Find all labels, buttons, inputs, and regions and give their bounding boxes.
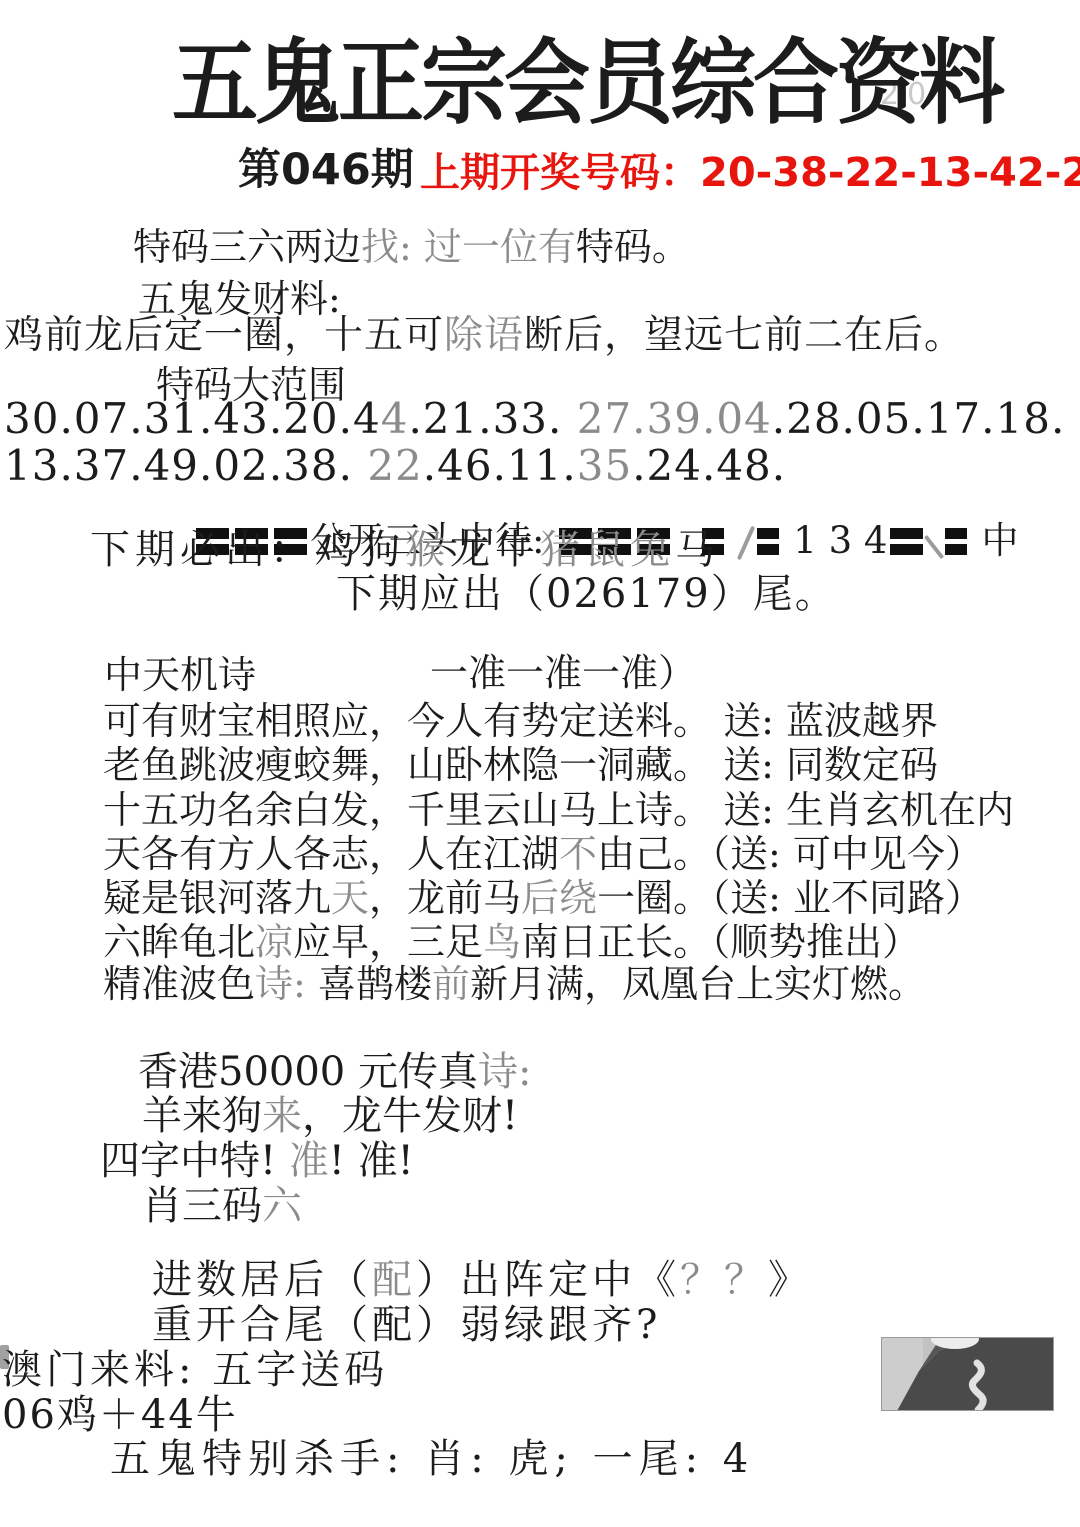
four-char-hit-line: 四字中特! 准! 准!: [100, 1139, 414, 1184]
special-killer-line: 五鬼特别杀手: 肖: 虎; 一尾: 4: [110, 1437, 754, 1482]
pen-scribble: [737, 526, 755, 561]
should-out-tails-line: 下期应出（026179）尾。: [336, 572, 837, 617]
poem-accuracy-note: 一准一准一准）: [430, 652, 696, 695]
poem-line: 六眸龟北凉应早，三足鸟南日正长。（顺势推出）: [103, 921, 920, 964]
poem-title: 中天机诗: [104, 654, 256, 697]
number-range-row-1: 30.07.31.43.20.44.21.33. 27.39.04.28.05.…: [4, 395, 1065, 442]
must-out-zodiac-line: 下期必出：鸡狗猴龙牛猪鼠兔马: [90, 528, 720, 573]
pairing-line-1: 进数居后（配）出阵定中《？？》: [152, 1258, 812, 1303]
three-zodiac-six-code-line: 肖三码六: [142, 1184, 302, 1229]
wave-color-poem-line: 精准波色诗: 喜鹊楼前新月满，凤凰台上实灯燃。: [103, 963, 926, 1006]
poem-line: 可有财宝相照应，今人有势定送料。 送: 蓝波越界: [103, 700, 938, 743]
page-title: 五鬼正宗会员综合资料: [172, 32, 1002, 136]
block-icon: [890, 526, 923, 557]
block-icon: [757, 526, 790, 557]
fax-poem-verse: 羊来狗来，龙牛发财!: [142, 1094, 518, 1139]
special-code-hint-line: 特码三六两边找: 过一位有特码。: [133, 226, 690, 269]
blocks-digits: 1 3 4: [793, 519, 887, 562]
poem-line: 疑是银河落九天，龙前马后绕一圈。（送: 业不同路）: [103, 877, 983, 920]
pen-scribble: [924, 535, 944, 560]
poem-line: 天各有方人各志，人在江湖不由己。（送: 可中见今）: [103, 833, 983, 876]
issue-number: 第046期: [238, 146, 414, 194]
poem-line: 老鱼跳波瘦蛟舞，山卧林隐一洞藏。 送: 同数定码: [103, 744, 938, 787]
macau-combo-line: 06鸡＋44牛: [2, 1393, 238, 1438]
lottery-tip-sheet: 20 五鬼正宗会员综合资料 第046期 上期开奖号码：20-38-22-13-4…: [0, 0, 1080, 1527]
wealth-verse-line: 鸡前龙后定一圈，十五可除语断后，望远七前二在后。: [4, 314, 964, 358]
last-draw-numbers: 上期开奖号码：20-38-22-13-42-27+01: [420, 151, 1080, 196]
poem-line: 十五功名余白发，千里云山马上诗。 送: 生肖玄机在内: [103, 789, 1014, 832]
macau-source-line: 澳门来料: 五字送码: [2, 1348, 388, 1393]
pairing-line-2: 重开合尾（配）弱绿跟齐?: [152, 1303, 661, 1348]
photo-image: [881, 1337, 1054, 1411]
blocks-suffix: 中: [981, 519, 1018, 562]
block-icon: [945, 526, 978, 557]
fax-poem-title: 香港50000 元传真诗:: [138, 1050, 531, 1095]
